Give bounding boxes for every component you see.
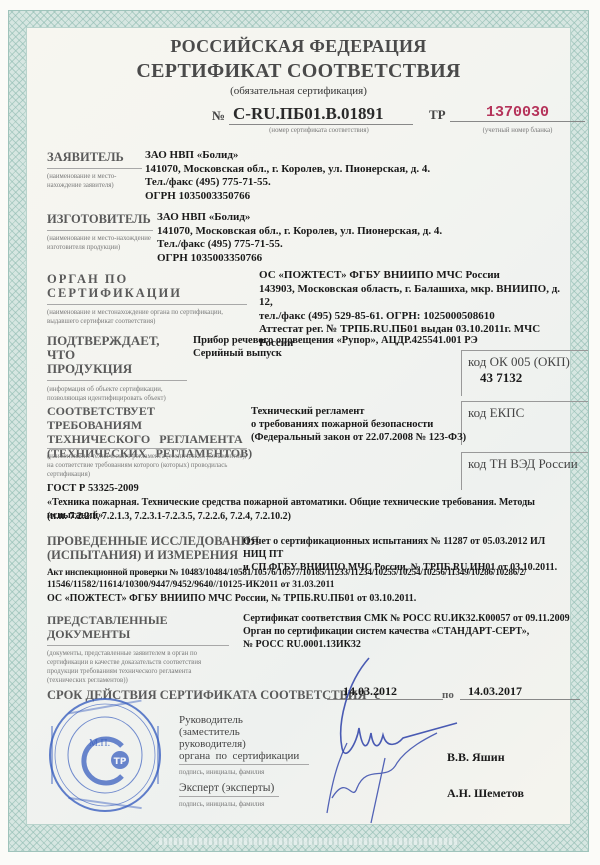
applicant-label-block: ЗАЯВИТЕЛЬ (наименование и место-нахожден… [47, 150, 142, 190]
certification-body-caption: (наименование и местонахождение органа п… [47, 308, 247, 326]
certification-body-name: ОС «ПОЖТЕСТ» ФГБУ ВНИИПО МЧС России [259, 269, 570, 283]
applicant-address: 141070, Московская обл., г. Королев, ул.… [145, 163, 430, 177]
manufacturer-name: ЗАО НВП «Болид» [157, 211, 442, 225]
applicant-ogrn: ОГРН 1035003350766 [145, 190, 430, 204]
expert-signature-block: Эксперт (эксперты) подпись, инициалы, фа… [179, 782, 279, 809]
manufacturer-label: ИЗГОТОВИТЕЛЬ [47, 212, 153, 231]
blank-number-caption: (учетный номер бланка) [450, 126, 585, 135]
standard-clauses: (п.п. 7.2.2.1, 7.2.1.3, 7.2.3.1-7.2.3.5,… [47, 510, 291, 523]
head-signature-block: Руководитель (заместитель руководителя) … [179, 714, 309, 777]
documents-line2: Орган по сертификации систем качества «С… [243, 625, 570, 638]
documents-label-block: ПРЕДСТАВЛЕННЫЕ ДОКУМЕНТЫ (документы, пре… [47, 613, 229, 685]
handwritten-signatures [307, 653, 467, 833]
document-subtitle: (обязательная сертификация) [27, 85, 570, 97]
tests-label-block: ПРОВЕДЕННЫЕ ИССЛЕДОВАНИЯ (ИСПЫТАНИЯ) И И… [47, 534, 259, 562]
regulation-name: Технический регламент [251, 405, 466, 418]
okp-code-box: код ОК 005 (ОКП) 43 7132 [461, 350, 588, 396]
tnved-code-label: код ТН ВЭД России [468, 456, 588, 472]
manufacturer-address: 141070, Московская обл., г. Королев, ул.… [157, 225, 442, 239]
okp-code-label: код ОК 005 (ОКП) [468, 354, 588, 370]
certificate-body: РОССИЙСКАЯ ФЕДЕРАЦИЯ СЕРТИФИКАТ СООТВЕТС… [26, 27, 571, 825]
svg-text:М.П.: М.П. [89, 738, 110, 749]
certification-body-address: 143903, Московская область, г. Балашиха,… [259, 283, 570, 310]
manufacturer-caption: (наименование и место-нахождение изготов… [47, 234, 153, 252]
tests-report-line1: Отчет о сертификационных испытаниях № 11… [243, 535, 570, 561]
product-label-line2: ПРОДУКЦИЯ [47, 362, 187, 381]
applicant-name: ЗАО НВП «Болид» [145, 149, 430, 163]
product-series: Серийный выпуск [193, 347, 478, 360]
documents-line1: Сертификат соответствия СМК № РОСС RU.ИК… [243, 612, 570, 625]
certificate-number-caption: (номер сертификата соответствия) [229, 126, 409, 135]
documents-line3: № РОСС RU.0001.13ИК32 [243, 638, 570, 651]
tests-label-line1: ПРОВЕДЕННЫЕ ИССЛЕДОВАНИЯ [47, 534, 259, 548]
ekps-code-label: код ЕКПС [468, 405, 588, 421]
documents-caption: (документы, представленные заявителем в … [47, 649, 229, 685]
manufacturer-details: ЗАО НВП «Болид» 141070, Московская обл.,… [157, 211, 442, 265]
inspection-act-line3: ОС «ПОЖТЕСТ» ФГБУ ВНИИПО МЧС России, № Т… [47, 592, 592, 605]
applicant-phone: Тел./факс (495) 775-71-55. [145, 176, 430, 190]
head-caption: подпись, инициалы, фамилия [179, 768, 309, 777]
inspection-act-line1: Акт инспекционной проверки № 10483/10484… [47, 566, 592, 579]
product-label-line1: ПОДТВЕРЖДАЕТ, ЧТО [47, 334, 187, 362]
border-microtext-strip [159, 838, 459, 845]
regulation-caption: (наименование технического регламента (т… [47, 452, 247, 479]
tests-label-line2: (ИСПЫТАНИЯ) И ИЗМЕРЕНИЯ [47, 548, 259, 562]
certification-body-phone: тел./факс (495) 529-85-61. ОГРН: 1025000… [259, 310, 570, 324]
applicant-label: ЗАЯВИТЕЛЬ [47, 150, 142, 169]
expert-label: Эксперт (эксперты) [179, 782, 279, 797]
manufacturer-ogrn: ОГРН 1035003350766 [157, 252, 442, 266]
head-label-line2: (заместитель руководителя) [179, 726, 309, 750]
regulation-label-line2: ТЕХНИЧЕСКОГО РЕГЛАМЕНТА [47, 432, 247, 446]
certification-body-label-block: ОРГАН ПО СЕРТИФИКАЦИИ (наименование и ме… [47, 272, 247, 326]
regulation-details: Технический регламент о требованиях пожа… [251, 405, 466, 444]
applicant-details: ЗАО НВП «Болид» 141070, Московская обл.,… [145, 149, 430, 203]
signature-scribble-icon [307, 653, 467, 833]
product-name: Прибор речевого оповещения «Рупор», АЦДР… [193, 334, 478, 347]
certification-body-label: ОРГАН ПО СЕРТИФИКАЦИИ [47, 272, 247, 305]
applicant-caption: (наименование и место-нахождение заявите… [47, 172, 142, 190]
regulation-label-line1: СООТВЕТСТВУЕТ ТРЕБОВАНИЯМ [47, 404, 247, 432]
number-sign: № [212, 108, 225, 124]
validity-to-date: 14.03.2017 [460, 684, 580, 700]
tnved-code-box: код ТН ВЭД России [461, 452, 588, 490]
expert-caption: подпись, инициалы, фамилия [179, 800, 279, 809]
stamp-seal-icon: ТР М.П. [46, 696, 164, 814]
standard-number: ГОСТ Р 53325-2009 [47, 482, 139, 495]
manufacturer-phone: Тел./факс (495) 775-71-55. [157, 238, 442, 252]
country-title: РОССИЙСКАЯ ФЕДЕРАЦИЯ [27, 36, 570, 57]
regulation-subject: о требованиях пожарной безопасности [251, 418, 466, 431]
document-title: СЕРТИФИКАТ СООТВЕТСТВИЯ [27, 60, 570, 83]
documents-details: Сертификат соответствия СМК № РОСС RU.ИК… [243, 612, 570, 651]
tp-label: ТР [429, 107, 446, 123]
product-caption: (информация об объекте сертификации, поз… [47, 385, 187, 403]
product-label-block: ПОДТВЕРЖДАЕТ, ЧТО ПРОДУКЦИЯ (информация … [47, 334, 187, 403]
regulation-caption-block: (наименование технического регламента (т… [47, 448, 247, 479]
documents-label: ПРЕДСТАВЛЕННЫЕ ДОКУМЕНТЫ [47, 613, 229, 646]
head-label-line1: Руководитель [179, 714, 309, 726]
certificate-border: РОССИЙСКАЯ ФЕДЕРАЦИЯ СЕРТИФИКАТ СООТВЕТС… [8, 10, 589, 852]
product-details: Прибор речевого оповещения «Рупор», АЦДР… [193, 334, 478, 360]
manufacturer-label-block: ИЗГОТОВИТЕЛЬ (наименование и место-нахож… [47, 212, 153, 252]
regulation-law: (Федеральный закон от 22.07.2008 № 123-Ф… [251, 431, 466, 444]
official-stamp: ТР М.П. [46, 696, 164, 814]
head-label-line3: органа по сертификации [179, 750, 309, 765]
ekps-code-box: код ЕКПС [461, 401, 588, 445]
inspection-act: Акт инспекционной проверки № 10483/10484… [47, 566, 592, 605]
okp-code-value: 43 7132 [480, 370, 588, 386]
svg-text:ТР: ТР [114, 757, 127, 767]
blank-number: 1370030 [450, 104, 585, 122]
certificate-number: C-RU.ПБ01.В.01891 [229, 104, 413, 125]
inspection-act-line2: 11546/11582/11614/10300/9447/9452/9640//… [47, 579, 592, 592]
